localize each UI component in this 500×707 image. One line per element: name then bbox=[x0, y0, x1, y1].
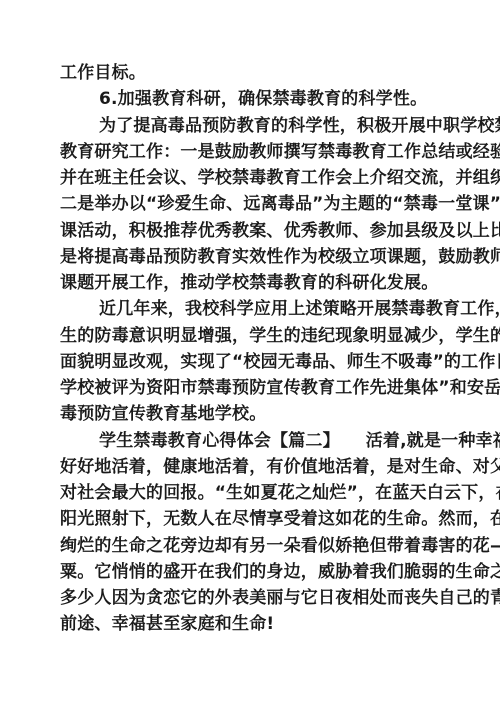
text-line: 是将提高毒品预防教育实效性作为校级立项课题，鼓励教师带着 bbox=[60, 244, 440, 270]
text-line: 课活动，积极推荐优秀教案、优秀教师、参加县级及以上比赛;三 bbox=[60, 218, 440, 244]
document-body: 工作目标。 6.加强教育科研，确保禁毒教育的科学性。 为了提高毒品预防教育的科学… bbox=[60, 60, 440, 638]
text-line: 面貌明显改观，实现了“校园无毒品、师生不吸毒”的工作目标， bbox=[60, 349, 440, 375]
section-heading: 6.加强教育科研，确保禁毒教育的科学性。 bbox=[60, 86, 440, 112]
text-line: 工作目标。 bbox=[60, 60, 440, 86]
text-line: 毒预防宣传教育基地学校。 bbox=[60, 401, 440, 427]
text-line: 粟。它悄悄的盛开在我们的身边，威胁着我们脆弱的生命之花。 bbox=[60, 559, 440, 585]
text-line: 二是举办以“珍爱生命、远离毒品”为主题的“禁毒一堂课”赛 bbox=[60, 191, 440, 217]
text-line: 教育研究工作：一是鼓励教师撰写禁毒教育工作总结或经验论文， bbox=[60, 139, 440, 165]
text-line: 并在班主任会议、学校禁毒教育工作会上介绍交流，并组织评奖; bbox=[60, 165, 440, 191]
text-line: 多少人因为贪恋它的外表美丽与它日夜相处而丧失自己的青春、 bbox=[60, 585, 440, 611]
text-line: 学校被评为资阳市禁毒预防宣传教育工作先进集体”和安岳县禁 bbox=[60, 375, 440, 401]
text-line: 阳光照射下，无数人在尽情享受着这如花的生命。然而，在我们 bbox=[60, 506, 440, 532]
text-line: 前途、幸福甚至家庭和生命! bbox=[60, 611, 440, 637]
text-line: 课题开展工作，推动学校禁毒教育的科研化发展。 bbox=[60, 270, 440, 296]
text-line: 好好地活着，健康地活着，有价值地活着，是对生命、对父母、 bbox=[60, 454, 440, 480]
text-line: 为了提高毒品预防教育的科学性，积极开展中职学校禁毒 bbox=[60, 113, 440, 139]
text-line: 对社会最大的回报。“生如夏花之灿烂”，在蓝天白云下，在灿烂 bbox=[60, 480, 440, 506]
text-line: 近几年来，我校科学应用上述策略开展禁毒教育工作，学 bbox=[60, 296, 440, 322]
text-line: 绚烂的生命之花旁边却有另一朵看似娇艳但带着毒害的花——罂 bbox=[60, 533, 440, 559]
text-line: 生的防毒意识明显增强，学生的违纪现象明显减少，学生的精神 bbox=[60, 323, 440, 349]
document-page: 工作目标。 6.加强教育科研，确保禁毒教育的科学性。 为了提高毒品预防教育的科学… bbox=[0, 0, 500, 707]
article-title-line: 学生禁毒教育心得体会【篇二】 活着,就是一种幸福。 bbox=[60, 428, 440, 454]
